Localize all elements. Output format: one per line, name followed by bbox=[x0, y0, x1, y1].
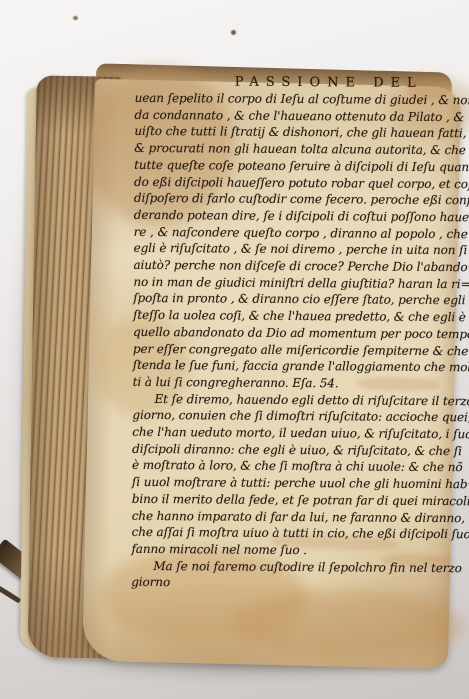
text-line: fanno miracoli nel nome ſuo . bbox=[131, 541, 453, 560]
text-line: tutte queſte coſe poteano ſeruire à diſc… bbox=[134, 157, 456, 176]
body-text: uean ſepelito il corpo di Ieſu al coſtum… bbox=[131, 90, 456, 577]
page-text: PASSIONE DEL uean ſepelito il corpo di I… bbox=[131, 73, 457, 593]
text-line: derando potean dire, ſe i diſcipoli di c… bbox=[134, 207, 456, 226]
text-line: quello abandonato da Dio ad momentum per… bbox=[133, 324, 455, 343]
text-line: uean ſepelito il corpo di Ieſu al coſtum… bbox=[135, 90, 457, 109]
text-line: ſi uuol moſtrare à tutti: perche uuol ch… bbox=[132, 474, 454, 493]
catchword: giorno bbox=[131, 574, 453, 593]
text-line: ſteſſo la uolea coſi, & che l'hauea pred… bbox=[133, 307, 455, 326]
text-line: Ma ſe noi faremo cuſtodire il ſepolchro … bbox=[131, 558, 453, 577]
paper-stain bbox=[232, 587, 464, 662]
text-line: & procurati non gli hauean tolta alcuna … bbox=[134, 140, 456, 159]
text-line: che l'han ueduto morto, il uedan uiuo, &… bbox=[132, 424, 454, 443]
dust-speck bbox=[231, 30, 236, 35]
photo-scene: PASSIONE DEL uean ſepelito il corpo di I… bbox=[0, 0, 469, 699]
dust-speck bbox=[73, 16, 78, 20]
text-line: aiutò? perche non diſceſe di croce? Perc… bbox=[133, 257, 455, 276]
text-line: bino il merito della fede, et ſe potran … bbox=[132, 491, 454, 510]
text-line: ti à lui ſi congregheranno. Eſa. 54. bbox=[133, 374, 455, 393]
